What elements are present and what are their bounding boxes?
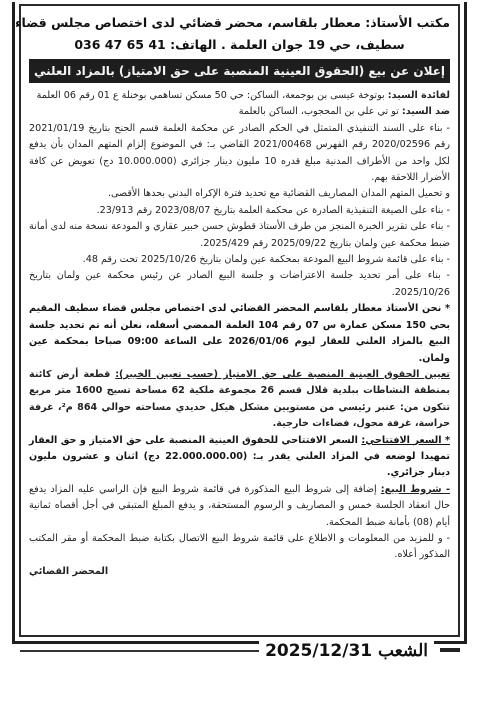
hearing-order-paragraph: - بناء على أمر تحديد جلسة الاعتراضات و ج… [29,268,450,301]
office-header-line-1: مكتب الأستاذ: معطار بلقاسم، محضر قضائي ل… [29,12,450,34]
beneficiary-paragraph: لفائدة السيد: بوتوخة عيسى بن بوجمعة، الس… [29,88,450,104]
notice-body: لفائدة السيد: بوتوخة عيسى بن بوجمعة، الس… [29,88,450,580]
sale-conditions-list-paragraph: - بناء على قائمة شروط البيع المودعة بمحك… [29,252,450,268]
newspaper-credit: الشعب 2025/12/31 [259,638,434,664]
beneficiary-label: لفائدة السيد: [388,90,450,101]
sale-terms-label: - شروط البيع: [381,484,450,495]
more-info-paragraph: - و للمزيد من المعلومات و الاطلاع على قا… [29,531,450,564]
notice-title: إعلان عن بيع (الحقوق العينية المنصبة على… [29,59,450,83]
property-description-label: تعيين الحقوق العينية المنصبة على حق الام… [115,369,450,380]
opening-price-label: * السعر الافتتاحي: [361,435,450,446]
footer-divider-end [440,648,460,652]
expert-report-paragraph: - بناء على تقرير الخبرة المنجز من طرف ال… [29,219,450,252]
against-paragraph: ضد السيد: تو تي علي بن المحجوب، الساكن ب… [29,104,450,120]
executory-formula-paragraph: - بناء على الصيغة التنفيذية الصادرة عن م… [29,203,450,219]
footer-divider [20,650,285,652]
beneficiary-text: بوتوخة عيسى بن بوجمعة، الساكن: حي 50 مسك… [37,90,385,101]
auction-announcement-paragraph: * نحن الأستاذ معطار بلقاسم المحضر القضائ… [29,301,450,367]
office-header-line-2: سطيف، حي 19 جوان العلمة . الهاتف: 41 65 … [29,34,450,56]
judgment-paragraph: - بناء على السند التنفيذي المتمثل في الح… [29,121,450,187]
newspaper-name: الشعب [378,641,428,661]
property-description-paragraph: تعيين الحقوق العينية المنصبة على حق الام… [29,367,450,433]
against-label: ضد السيد: [402,106,450,117]
legal-notice: مكتب الأستاذ: معطار بلقاسم، محضر قضائي ل… [19,4,460,637]
against-text: تو تي علي بن المحجوب، الساكن بالعلمة [239,106,399,117]
sale-terms-paragraph: - شروط البيع: إضافة إلى شروط البيع المذك… [29,482,450,531]
publication-date: 2025/12/31 [265,641,372,661]
bailiff-signature: المحضر القضائي [29,564,108,580]
signature-row: المحضر القضائي [29,564,450,580]
opening-price-paragraph: * السعر الافتتاحي: السعر الافتتاحي للحقو… [29,433,450,482]
newspaper-footer: الشعب 2025/12/31 [20,638,460,668]
costs-paragraph: و تحميل المتهم المدان المصاريف القضائية … [29,186,450,202]
